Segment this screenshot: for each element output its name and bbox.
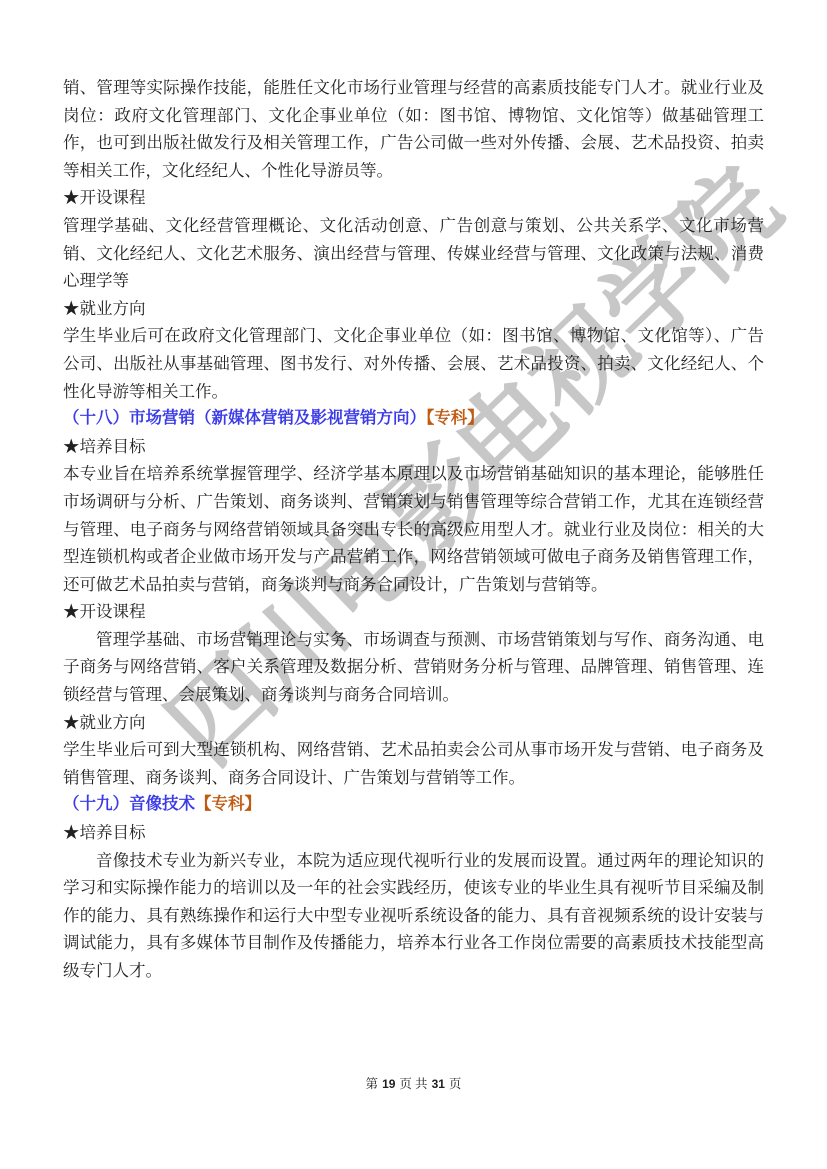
footer-prefix: 第 (366, 1077, 379, 1091)
label-marketing-courses: ★开设课程 (63, 598, 764, 626)
label-culture-courses: ★开设课程 (63, 184, 764, 212)
footer-infix: 页 共 (399, 1077, 427, 1091)
label-culture-career: ★就业方向 (63, 295, 764, 323)
label-marketing-goal: ★培养目标 (63, 433, 764, 461)
paragraph-audio-visual-goal: 音像技术专业为新兴专业，本院为适应现代视听行业的发展而设置。通过两年的理论知识的… (63, 847, 764, 985)
paragraph-marketing-career: 学生毕业后可到大型连锁机构、网络营销、艺术品拍卖会公司从事市场开发与营销、电子商… (63, 736, 764, 791)
paragraph-culture-career: 学生毕业后可在政府文化管理部门、文化企事业单位（如：图书馆、博物馆、文化馆等）、… (63, 322, 764, 405)
paragraph-culture-courses: 管理学基础、文化经营管理概论、文化活动创意、广告创意与策划、公共关系学、文化市场… (63, 212, 764, 295)
document-page: 四川电影电视学院 销、管理等实际操作技能，能胜任文化市场行业管理与经营的高素质技… (0, 0, 827, 1169)
section-heading-marketing: （十八）市场营销（新媒体营销及影视营销方向）【专科】 (63, 405, 764, 433)
section-heading-audio-visual: （十九）音像技术【专科】 (63, 791, 764, 819)
footer-suffix: 页 (449, 1077, 462, 1091)
heading-title-audio-visual: （十九）音像技术 (63, 795, 195, 813)
page-content: 销、管理等实际操作技能，能胜任文化市场行业管理与经营的高素质技能专门人才。就业行… (63, 74, 764, 985)
level-badge-audio-visual: 【专科】 (195, 795, 261, 813)
label-marketing-career: ★就业方向 (63, 709, 764, 737)
page-footer: 第19页 共31页 (0, 1076, 827, 1092)
paragraph-culture-tail: 销、管理等实际操作技能，能胜任文化市场行业管理与经营的高素质技能专门人才。就业行… (63, 74, 764, 184)
level-badge-marketing: 【专科】 (426, 409, 484, 427)
footer-current-page: 19 (382, 1077, 395, 1091)
paragraph-marketing-goal: 本专业旨在培养系统掌握管理学、经济学基本原理以及市场营销基础知识的基本理论，能够… (63, 460, 764, 598)
footer-total-pages: 31 (432, 1077, 445, 1091)
heading-title-marketing: （十八）市场营销（新媒体营销及影视营销方向） (63, 409, 426, 427)
label-audio-visual-goal: ★培养目标 (63, 819, 764, 847)
paragraph-marketing-courses: 管理学基础、市场营销理论与实务、市场调查与预测、市场营销策划与写作、商务沟通、电… (63, 626, 764, 709)
